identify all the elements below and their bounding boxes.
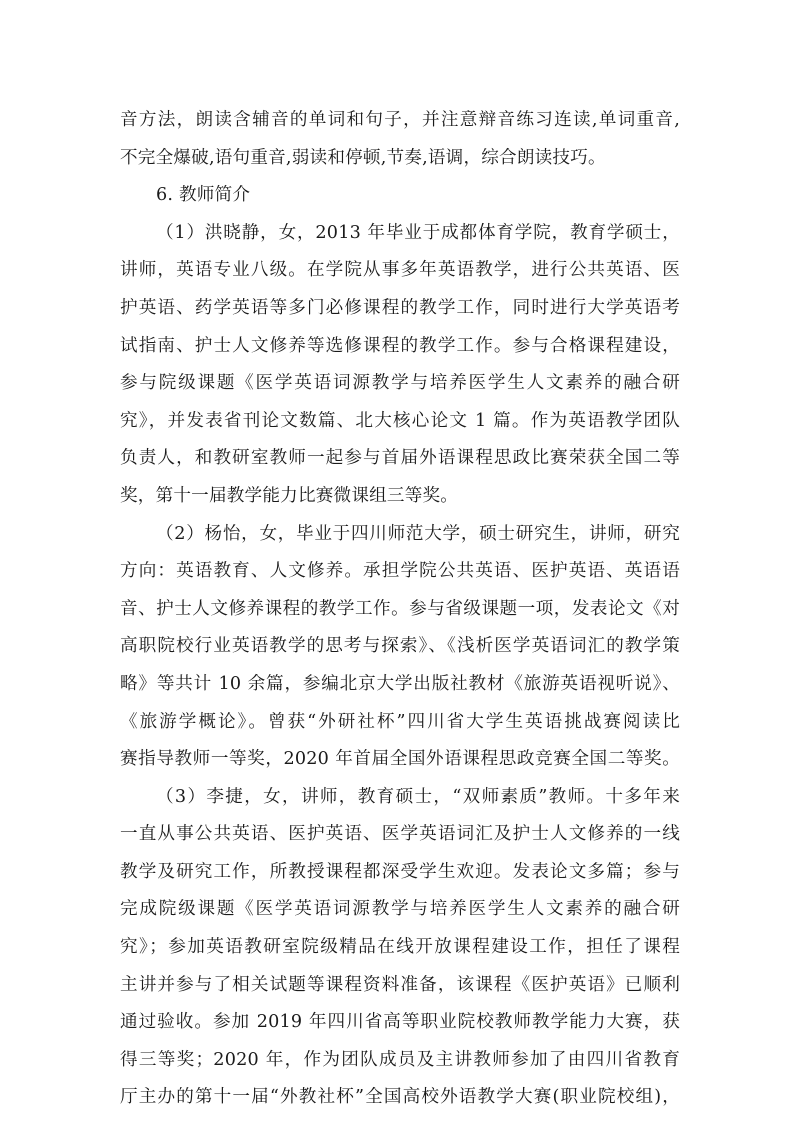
paragraph-line: 通过验收。参加 2019 年四川省高等职业院校教师教学能力大赛，获 [120, 1004, 680, 1042]
paragraph-line: 讲师，英语专业八级。在学院从事多年英语教学，进行公共英语、医 [120, 252, 680, 290]
section-heading: 6. 教师简介 [120, 177, 680, 215]
paragraph-line: （1）洪晓静，女，2013 年毕业于成都体育学院，教育学硕士， [120, 215, 680, 253]
paragraph-line: 教学及研究工作，所教授课程都深受学生欢迎。发表论文多篇；参与 [120, 854, 680, 892]
paragraph-line: 负责人，和教研室教师一起参与首届外语课程思政比赛荣获全国二等 [120, 440, 680, 478]
paragraph-line: 试指南、护士人文修养等选修课程的教学工作。参与合格课程建设， [120, 328, 680, 366]
paragraph-line: 不完全爆破,语句重音,弱读和停顿,节奏,语调，综合朗读技巧。 [120, 140, 680, 178]
paragraph-line: 厅主办的第十一届“外教社杯”全国高校外语教学大赛(职业院校组)， [120, 1079, 680, 1117]
paragraph-line: （3）李捷，女，讲师，教育硕士，“双师素质”教师。十多年来 [120, 779, 680, 817]
paragraph-line: 究》；参加英语教研室院级精品在线开放课程建设工作，担任了课程 [120, 929, 680, 967]
teacher-profile-3: （3）李捷，女，讲师，教育硕士，“双师素质”教师。十多年来 一直从事公共英语、医… [120, 779, 680, 1117]
document-page: 音方法，朗读含辅音的单词和句子，并注意辩音练习连读,单词重音, 不完全爆破,语句… [120, 102, 680, 1117]
paragraph-line: 奖，第十一届教学能力比赛微课组三等奖。 [120, 478, 680, 516]
paragraph-line: 高职院校行业英语教学的思考与探索》、《浅析医学英语词汇的教学策 [120, 628, 680, 666]
paragraph-line: 一直从事公共英语、医护英语、医学英语词汇及护士人文修养的一线 [120, 816, 680, 854]
paragraph-line: 完成院级课题《医学英语词源教学与培养医学生人文素养的融合研 [120, 891, 680, 929]
paragraph-line: 音方法，朗读含辅音的单词和句子，并注意辩音练习连读,单词重音, [120, 102, 680, 140]
paragraph-line: 方向：英语教育、人文修养。承担学院公共英语、医护英语、英语语 [120, 553, 680, 591]
paragraph-line: 究》，并发表省刊论文数篇、北大核心论文 1 篇。作为英语教学团队 [120, 403, 680, 441]
paragraph-line: 护英语、药学英语等多门必修课程的教学工作，同时进行大学英语考 [120, 290, 680, 328]
paragraph-line: 赛指导教师一等奖，2020 年首届全国外语课程思政竞赛全国二等奖。 [120, 741, 680, 779]
paragraph-line: 得三等奖；2020 年，作为团队成员及主讲教师参加了由四川省教育 [120, 1042, 680, 1080]
paragraph-line: （2）杨怡，女，毕业于四川师范大学，硕士研究生，讲师，研究 [120, 516, 680, 554]
paragraph-line: 《旅游学概论》。曾获“外研社杯”四川省大学生英语挑战赛阅读比 [120, 704, 680, 742]
paragraph-line: 主讲并参与了相关试题等课程资料准备，该课程《医护英语》已顺利 [120, 967, 680, 1005]
teacher-profile-1: （1）洪晓静，女，2013 年毕业于成都体育学院，教育学硕士， 讲师，英语专业八… [120, 215, 680, 516]
paragraph-line: 略》等共计 10 余篇，参编北京大学出版社教材《旅游英语视听说》、 [120, 666, 680, 704]
paragraph-line: 音、护士人文修养课程的教学工作。参与省级课题一项，发表论文《对 [120, 591, 680, 629]
paragraph-line: 参与院级课题《医学英语词源教学与培养医学生人文素养的融合研 [120, 365, 680, 403]
teacher-profile-2: （2）杨怡，女，毕业于四川师范大学，硕士研究生，讲师，研究 方向：英语教育、人文… [120, 516, 680, 779]
